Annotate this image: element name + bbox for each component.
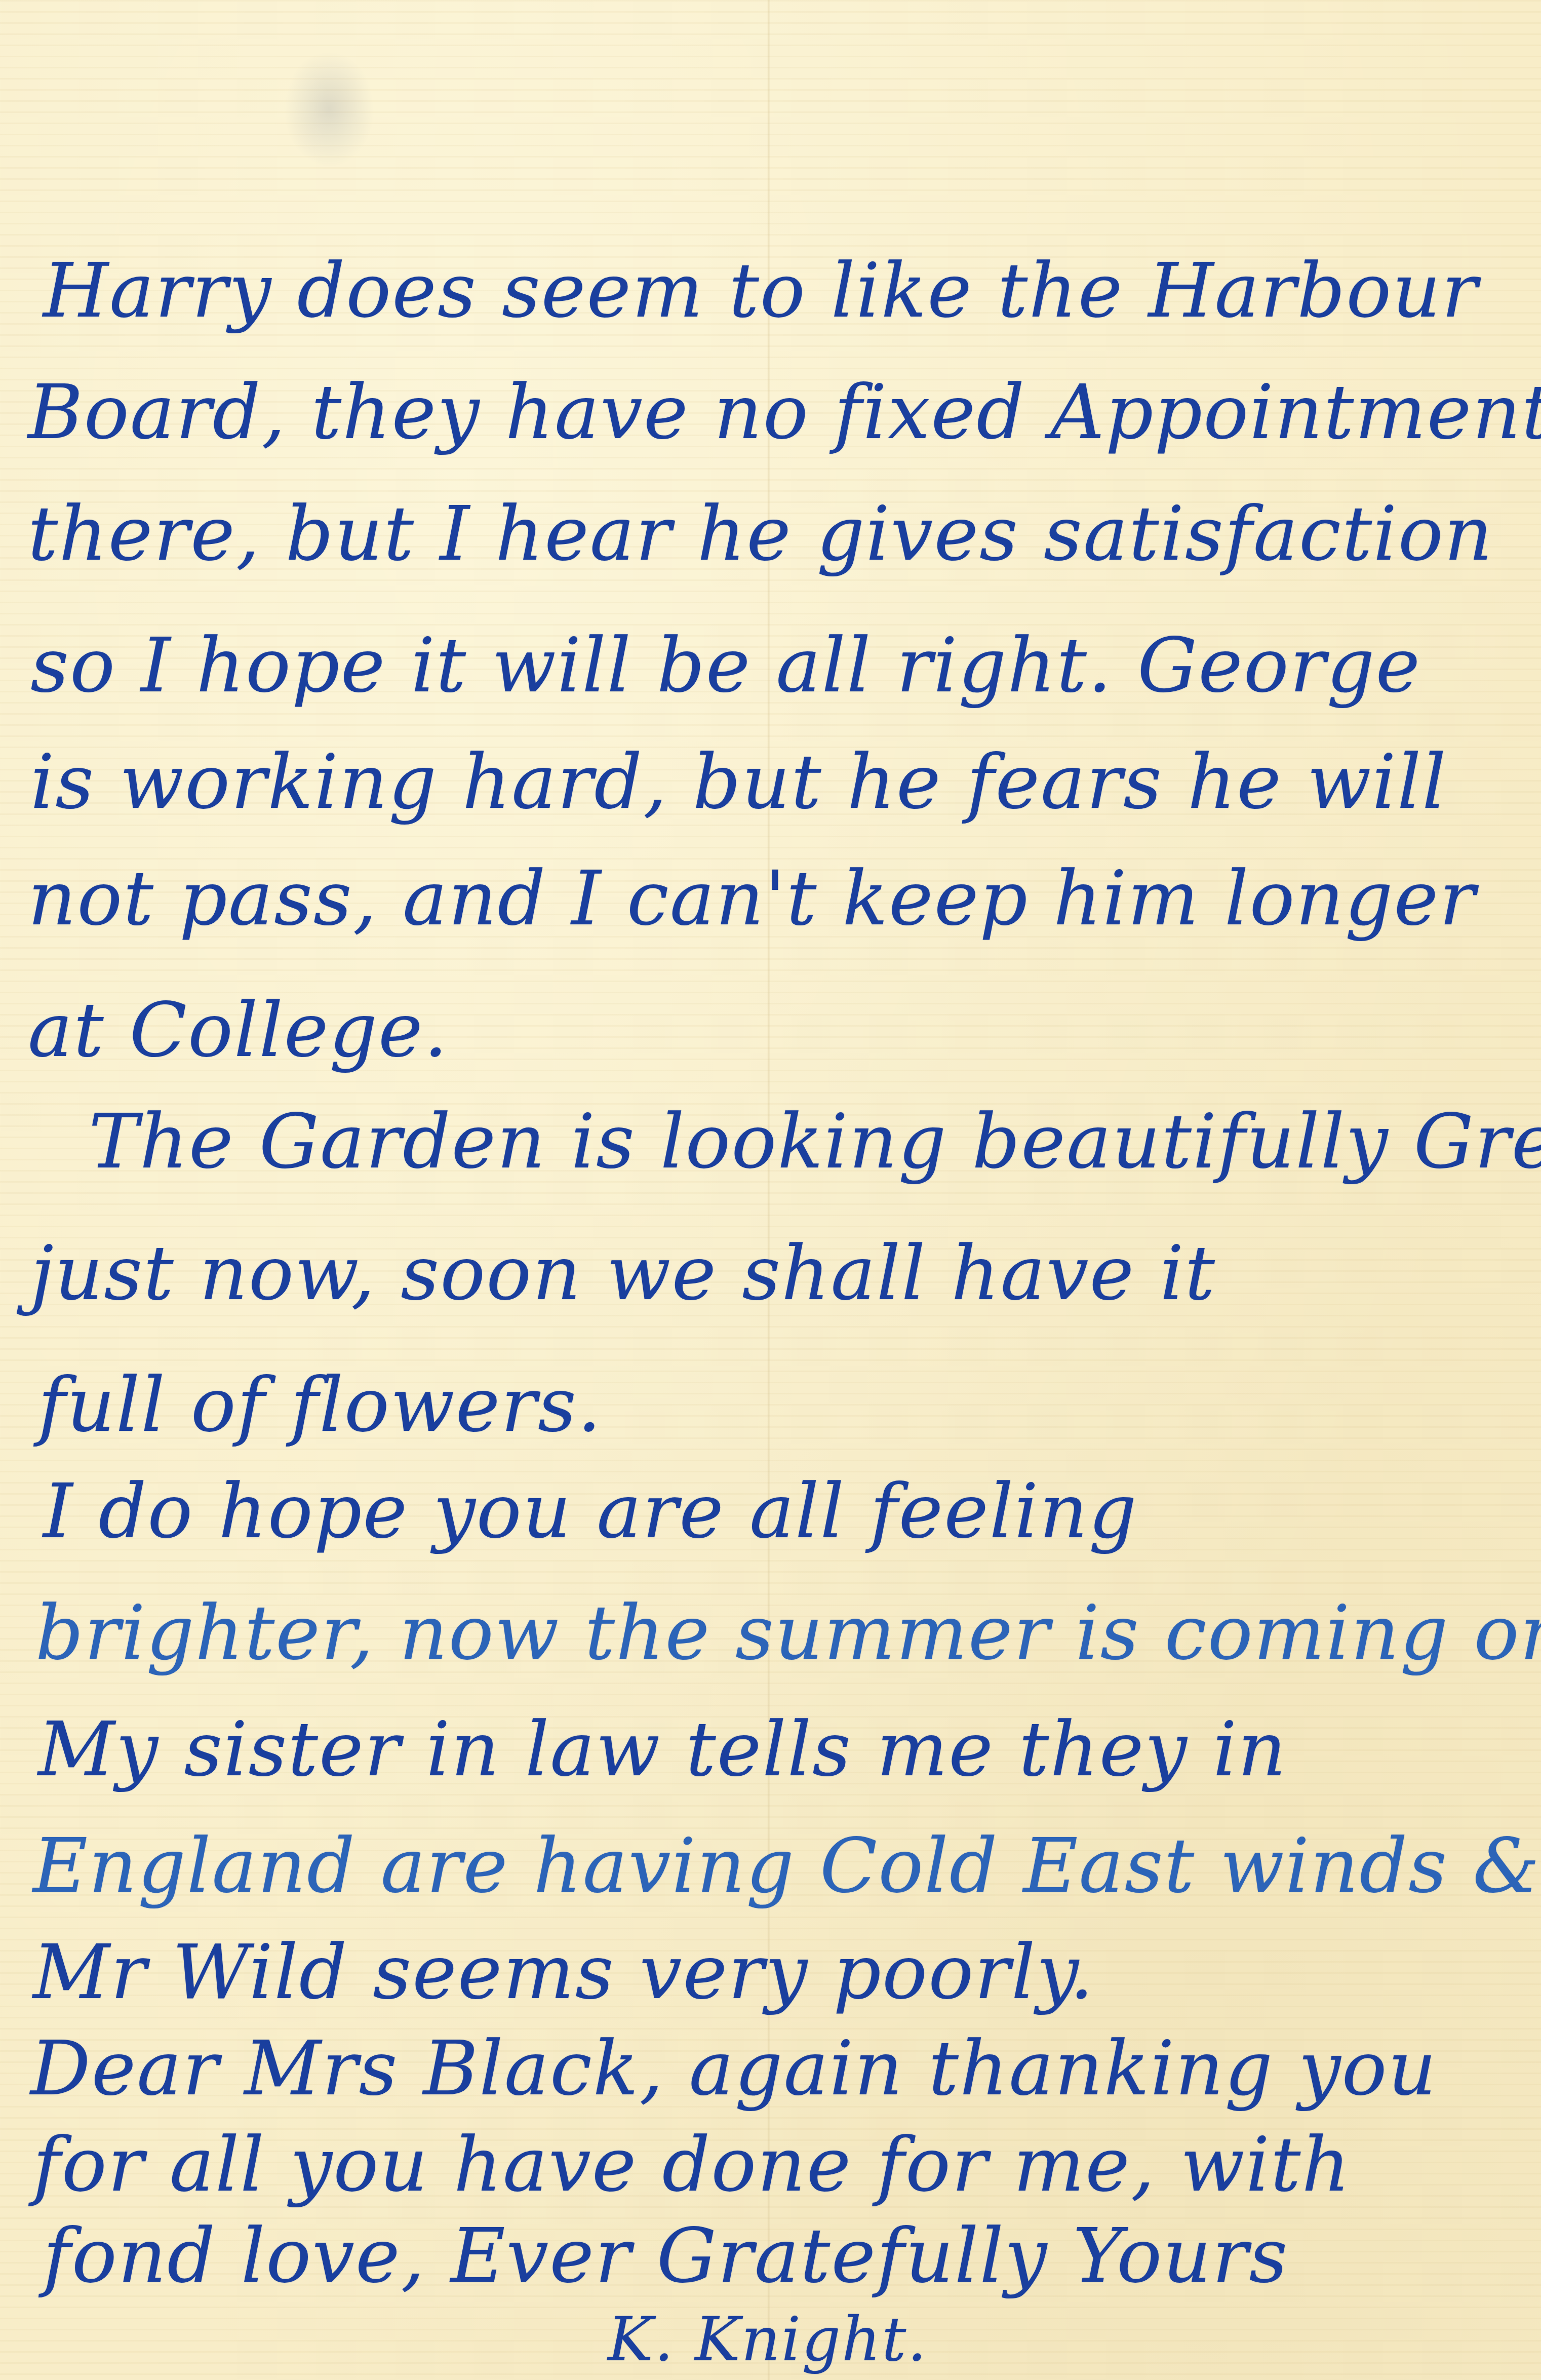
letter-line-18: fond love, Ever Gratefully Yours <box>43 2218 1288 2293</box>
letter-line-2: Board, they have no fixed Appointments <box>28 375 1541 450</box>
letter-line-4: so I hope it will be all right. George <box>30 628 1421 703</box>
letter-line-6: not pass, and I can't keep him longer <box>28 861 1476 936</box>
letter-line-16: Dear Mrs Black, again thanking you <box>30 2031 1437 2106</box>
letter-page: Harry does seem to like the Harbour Boar… <box>0 0 1541 2380</box>
letter-line-1: Harry does seem to like the Harbour <box>43 253 1478 328</box>
letter-line-5: is working hard, but he fears he will <box>30 745 1447 820</box>
letter-line-14: England are having Cold East winds & <box>33 1828 1540 1903</box>
letter-line-7: at College. <box>28 993 449 1068</box>
letter-line-8: The Garden is looking beautifully Green <box>89 1104 1541 1179</box>
ink-smudge <box>284 51 375 167</box>
letter-line-11: I do hope you are all feeling <box>43 1474 1138 1549</box>
letter-line-12: brighter, now the summer is coming on, <box>35 1595 1541 1670</box>
paper-fold <box>767 0 770 2380</box>
letter-line-9: just now, soon we shall have it <box>30 1236 1216 1311</box>
signature: K. Knight. <box>608 2310 928 2370</box>
letter-line-15: Mr Wild seems very poorly. <box>33 1935 1094 2010</box>
letter-line-3: there, but I hear he gives satisfaction <box>28 496 1493 571</box>
letter-line-10: full of flowers. <box>38 1368 602 1442</box>
letter-line-17: for all you have done for me, with <box>33 2127 1351 2202</box>
letter-line-13: My sister in law tells me they in <box>38 1712 1287 1787</box>
